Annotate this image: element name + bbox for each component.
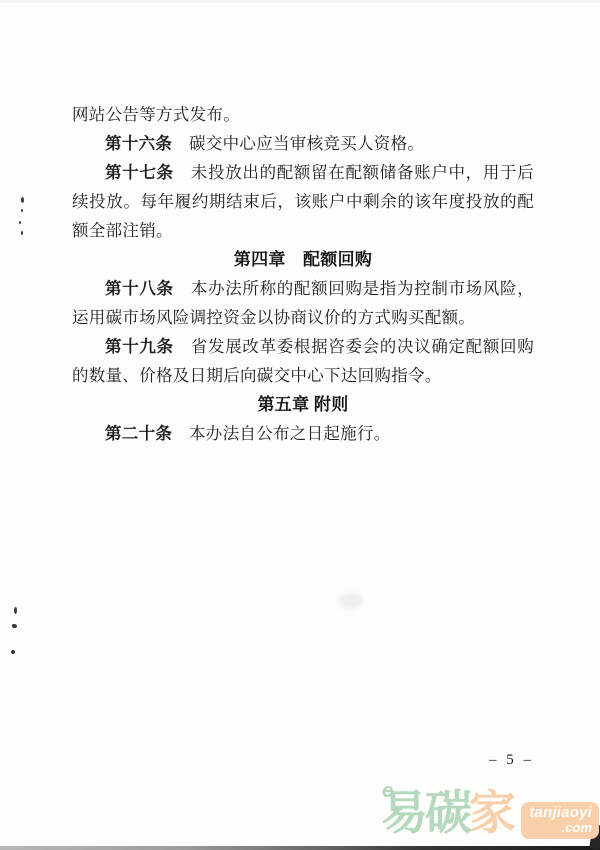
scan-speck <box>21 197 24 203</box>
scan-speck <box>21 231 23 235</box>
paragraph-continuation: 网站公告等方式发布。 <box>72 100 534 129</box>
scan-page-edge <box>0 846 600 850</box>
paragraph-article-17: 第十七条 未投放出的配额留在配额储备账户中，用于后续投放。每年履约期结束后，该账… <box>72 158 534 245</box>
chapter-5-heading: 第五章 附则 <box>72 390 534 419</box>
paragraph-article-19: 第十九条 省发展改革委根据咨委会的决议确定配额回购的数量、价格及日期后向碳交中心… <box>72 332 534 390</box>
chapter-4-heading: 第四章 配额回购 <box>72 245 534 274</box>
scan-smudge <box>338 593 364 609</box>
page-number: – 5 – <box>489 752 534 769</box>
paragraph-article-20: 第二十条 本办法自公布之日起施行。 <box>72 419 534 448</box>
article-19-term: 第十九条 <box>105 337 174 356</box>
article-16-text: 碳交中心应当审核竞买人资格。 <box>172 134 424 153</box>
scan-speck <box>11 650 15 654</box>
scan-speck <box>12 624 17 628</box>
logo-char-tan: 碳 <box>425 789 469 839</box>
scan-speck <box>21 209 23 212</box>
scanned-document-page: 网站公告等方式发布。 第十六条 碳交中心应当审核竞买人资格。 第十七条 未投放出… <box>0 0 600 850</box>
logo-char-jia: 家 <box>469 789 513 839</box>
scan-speck <box>19 221 21 224</box>
logo-domain-badge: tanjiaoyi .com <box>521 802 599 839</box>
logo-domain-text: tanjiaoyi <box>529 805 592 821</box>
logo-e-swirl-icon: e <box>382 780 393 803</box>
logo-domain-suffix: .com <box>562 821 592 835</box>
article-17-term: 第十七条 <box>105 163 174 182</box>
paragraph-article-18: 第十八条 本办法所称的配额回购是指为控制市场风险，运用碳市场风险调控资金以协商议… <box>72 274 534 332</box>
article-20-text: 本办法自公布之日起施行。 <box>172 424 390 443</box>
tanjiaoyi-logo: e 易 碳 家 tanjiaoyi .com <box>381 789 599 839</box>
article-16-term: 第十六条 <box>105 134 172 153</box>
article-20-term: 第二十条 <box>105 424 172 443</box>
article-18-term: 第十八条 <box>105 279 174 298</box>
scan-speck <box>14 607 17 614</box>
document-body: 网站公告等方式发布。 第十六条 碳交中心应当审核竞买人资格。 第十七条 未投放出… <box>72 100 534 448</box>
paragraph-article-16: 第十六条 碳交中心应当审核竞买人资格。 <box>72 129 534 158</box>
